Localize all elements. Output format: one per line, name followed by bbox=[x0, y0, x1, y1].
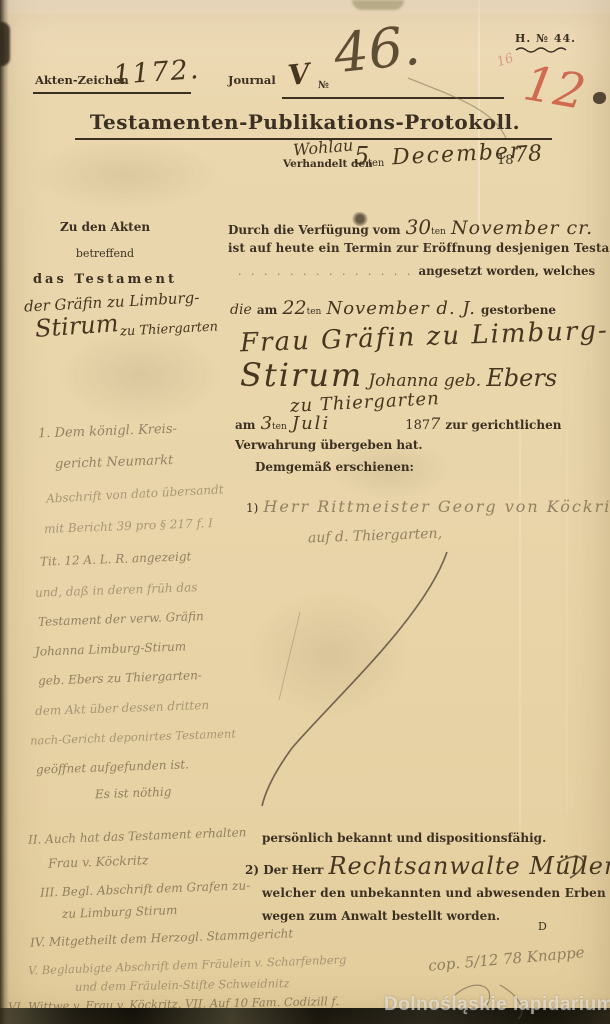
verfuegung-print: Durch die Verfügung vom bbox=[228, 223, 401, 237]
ten-print: ten bbox=[307, 307, 322, 317]
stirum-hand: Stirum bbox=[240, 356, 363, 394]
date-year-printed: 18 bbox=[497, 153, 514, 168]
fold-line-3 bbox=[566, 430, 568, 810]
testator-hand-line2-rest: zu Thiergarten bbox=[120, 319, 219, 339]
scan-smudge-top bbox=[352, 0, 404, 10]
day22-hand: 22 bbox=[282, 297, 306, 319]
date-year-hand: 78 bbox=[513, 141, 543, 168]
body-line-11: persönlich bekannt und dispositionsfähig… bbox=[262, 831, 546, 845]
ink-blot bbox=[352, 212, 368, 226]
bleedthrough-smudge bbox=[60, 330, 220, 420]
journal-number: 46. bbox=[331, 14, 423, 86]
date-ten-suffix: ten bbox=[368, 158, 384, 169]
scan-top-band bbox=[0, 0, 610, 14]
bottom-note: zu Limburg Stirum bbox=[62, 903, 178, 921]
testator-hand-line2-big: Stirum bbox=[34, 309, 119, 343]
body-line-9: Verwahrung übergeben hat. bbox=[235, 438, 423, 452]
margin-note: und, daß in deren früh das bbox=[35, 580, 198, 600]
journal-no-sign: № bbox=[318, 80, 329, 91]
bottom-note: V. Beglaubigte Abschrift dem Fräulein v.… bbox=[28, 952, 347, 977]
appeared-item-2: 2) Der Herr Rechtsanwalte Müller bbox=[245, 852, 610, 880]
margin-note: geb. Ebers zu Thiergarten- bbox=[38, 668, 202, 688]
corner-ref-label: H. № 44. bbox=[515, 32, 576, 45]
date-day: 5 bbox=[354, 142, 369, 170]
die-hand: die bbox=[230, 302, 252, 318]
verfuegung-day-hand: 30 bbox=[406, 215, 431, 239]
margin-note: Tit. 12 A. L. R. angezeigt bbox=[40, 549, 192, 568]
year7-hand: 7 bbox=[430, 414, 440, 433]
margin-note: Johanna Limburg-Stirum bbox=[35, 639, 187, 658]
scan-spot-right bbox=[593, 92, 606, 104]
catchword-d: D bbox=[538, 920, 547, 933]
margin-note: Abschrift von dato übersandt bbox=[46, 482, 224, 505]
am2-print: am bbox=[235, 418, 255, 432]
margin-note: Testament der verw. Gräfin bbox=[38, 609, 204, 629]
bleedthrough-smudge bbox=[30, 140, 220, 210]
gestorbene-print: gestorbene bbox=[481, 303, 556, 317]
journal-volume: V bbox=[286, 57, 311, 92]
body-line-1: Durch die Verfügung vom 30ten November c… bbox=[228, 215, 593, 239]
margin-note: geöffnet aufgefunden ist. bbox=[36, 757, 189, 776]
das-testament-heading: das Testament bbox=[0, 272, 210, 287]
november-hand: November d. J. bbox=[326, 298, 475, 319]
appeared-item-1-line2: auf d. Thiergarten, bbox=[308, 526, 443, 547]
bottom-note: IV. Mitgetheilt dem Herzogl. Stammgerich… bbox=[30, 926, 294, 949]
item1-number: 1) bbox=[246, 501, 258, 515]
flourish-underline-icon bbox=[515, 46, 567, 54]
pink-pencil-number: 16 bbox=[495, 51, 515, 70]
margin-note: dem Akt über dessen dritten bbox=[35, 698, 209, 718]
item2-number: 2) Der Herr bbox=[245, 863, 323, 877]
bottom-note: II. Auch hat das Testament erhalten bbox=[28, 825, 247, 847]
margin-note: Es ist nöthig bbox=[95, 785, 172, 802]
copy-note: cop. 5/12 78 Knappe bbox=[428, 943, 586, 975]
margin-note: mit Bericht 39 pro § 217 f. I bbox=[44, 516, 213, 536]
betreffend-label: betreffend bbox=[0, 247, 210, 260]
item1-name-pencil: Herr Rittmeister Georg von Köckritz bbox=[263, 497, 610, 516]
journal-rule bbox=[282, 97, 504, 99]
verfuegung-ten: ten bbox=[431, 227, 446, 237]
verfuegung-month-hand: November cr. bbox=[451, 217, 593, 239]
body-line-4: die am 22ten November d. J. gestorbene bbox=[230, 297, 556, 319]
bleedthrough-smudge bbox=[250, 590, 410, 720]
zu-den-akten-heading: Zu den Akten bbox=[0, 220, 210, 234]
deceased-name-line1: Frau Gräfin zu Limburg- bbox=[240, 316, 610, 359]
bottom-note: III. Begl. Abschrift dem Grafen zu- bbox=[40, 878, 251, 899]
appeared-item-1: 1) Herr Rittmeister Georg von Köckritz bbox=[246, 497, 610, 516]
juli-hand: Juli bbox=[292, 413, 330, 434]
ten2-print: ten bbox=[272, 422, 287, 432]
akten-zeichen-rule bbox=[33, 92, 191, 94]
margin-note: nach-Gericht deponirtes Testament bbox=[30, 726, 236, 747]
place-name: Wohlau bbox=[292, 135, 354, 159]
watermark-text: Dolnośląskie lapidarium bbox=[384, 994, 610, 1016]
angesetzt-print: angesetzt worden, welches bbox=[419, 264, 596, 278]
corner-ref: H. № 44. bbox=[515, 32, 576, 54]
blank-dots: . . . . . . . . . . . . . . bbox=[238, 265, 413, 278]
scan-left-edge bbox=[0, 0, 9, 1024]
item2-name-ink: Rechtsanwalte Müller bbox=[328, 852, 610, 880]
body-line-8: am 3ten Juli 1877 zur gerichtlichen bbox=[235, 413, 561, 434]
document-scan: H. № 44. 16 12 Akten-Zeichen 1172. Journ… bbox=[0, 0, 610, 1024]
margin-note: gericht Neumarkt bbox=[55, 453, 174, 472]
year-print: 187 bbox=[405, 418, 430, 433]
ebers-hand: Ebers bbox=[486, 364, 557, 392]
body-line-2: ist auf heute ein Termin zur Eröffnung d… bbox=[228, 241, 610, 255]
bottom-note: und dem Fräulein-Stifte Schweidnitz bbox=[75, 976, 290, 994]
body-line-10: Demgemäß erschienen: bbox=[255, 460, 414, 474]
body-line-13: wegen zum Anwalt bestellt worden. bbox=[262, 909, 500, 923]
am-print: am bbox=[257, 303, 277, 317]
page-title: Testamenten-Publikations-Protokoll. bbox=[0, 110, 610, 134]
day3-hand: 3 bbox=[261, 413, 272, 434]
akten-zeichen-value: 1172. bbox=[112, 54, 201, 91]
gerichtlich-print: zur gerichtlichen bbox=[445, 418, 561, 432]
fold-line-2 bbox=[519, 430, 521, 830]
bottom-note: Frau v. Köckritz bbox=[48, 852, 149, 870]
body-line-12: welcher den unbekannten und abwesenden E… bbox=[262, 886, 610, 900]
body-line-3: . . . . . . . . . . . . . . angesetzt wo… bbox=[238, 260, 595, 279]
journal-label: Journal bbox=[228, 73, 276, 87]
margin-note: 1. Dem königl. Kreis- bbox=[38, 422, 177, 442]
deceased-name-line2: Stirum Johanna geb. Ebers bbox=[240, 356, 557, 394]
